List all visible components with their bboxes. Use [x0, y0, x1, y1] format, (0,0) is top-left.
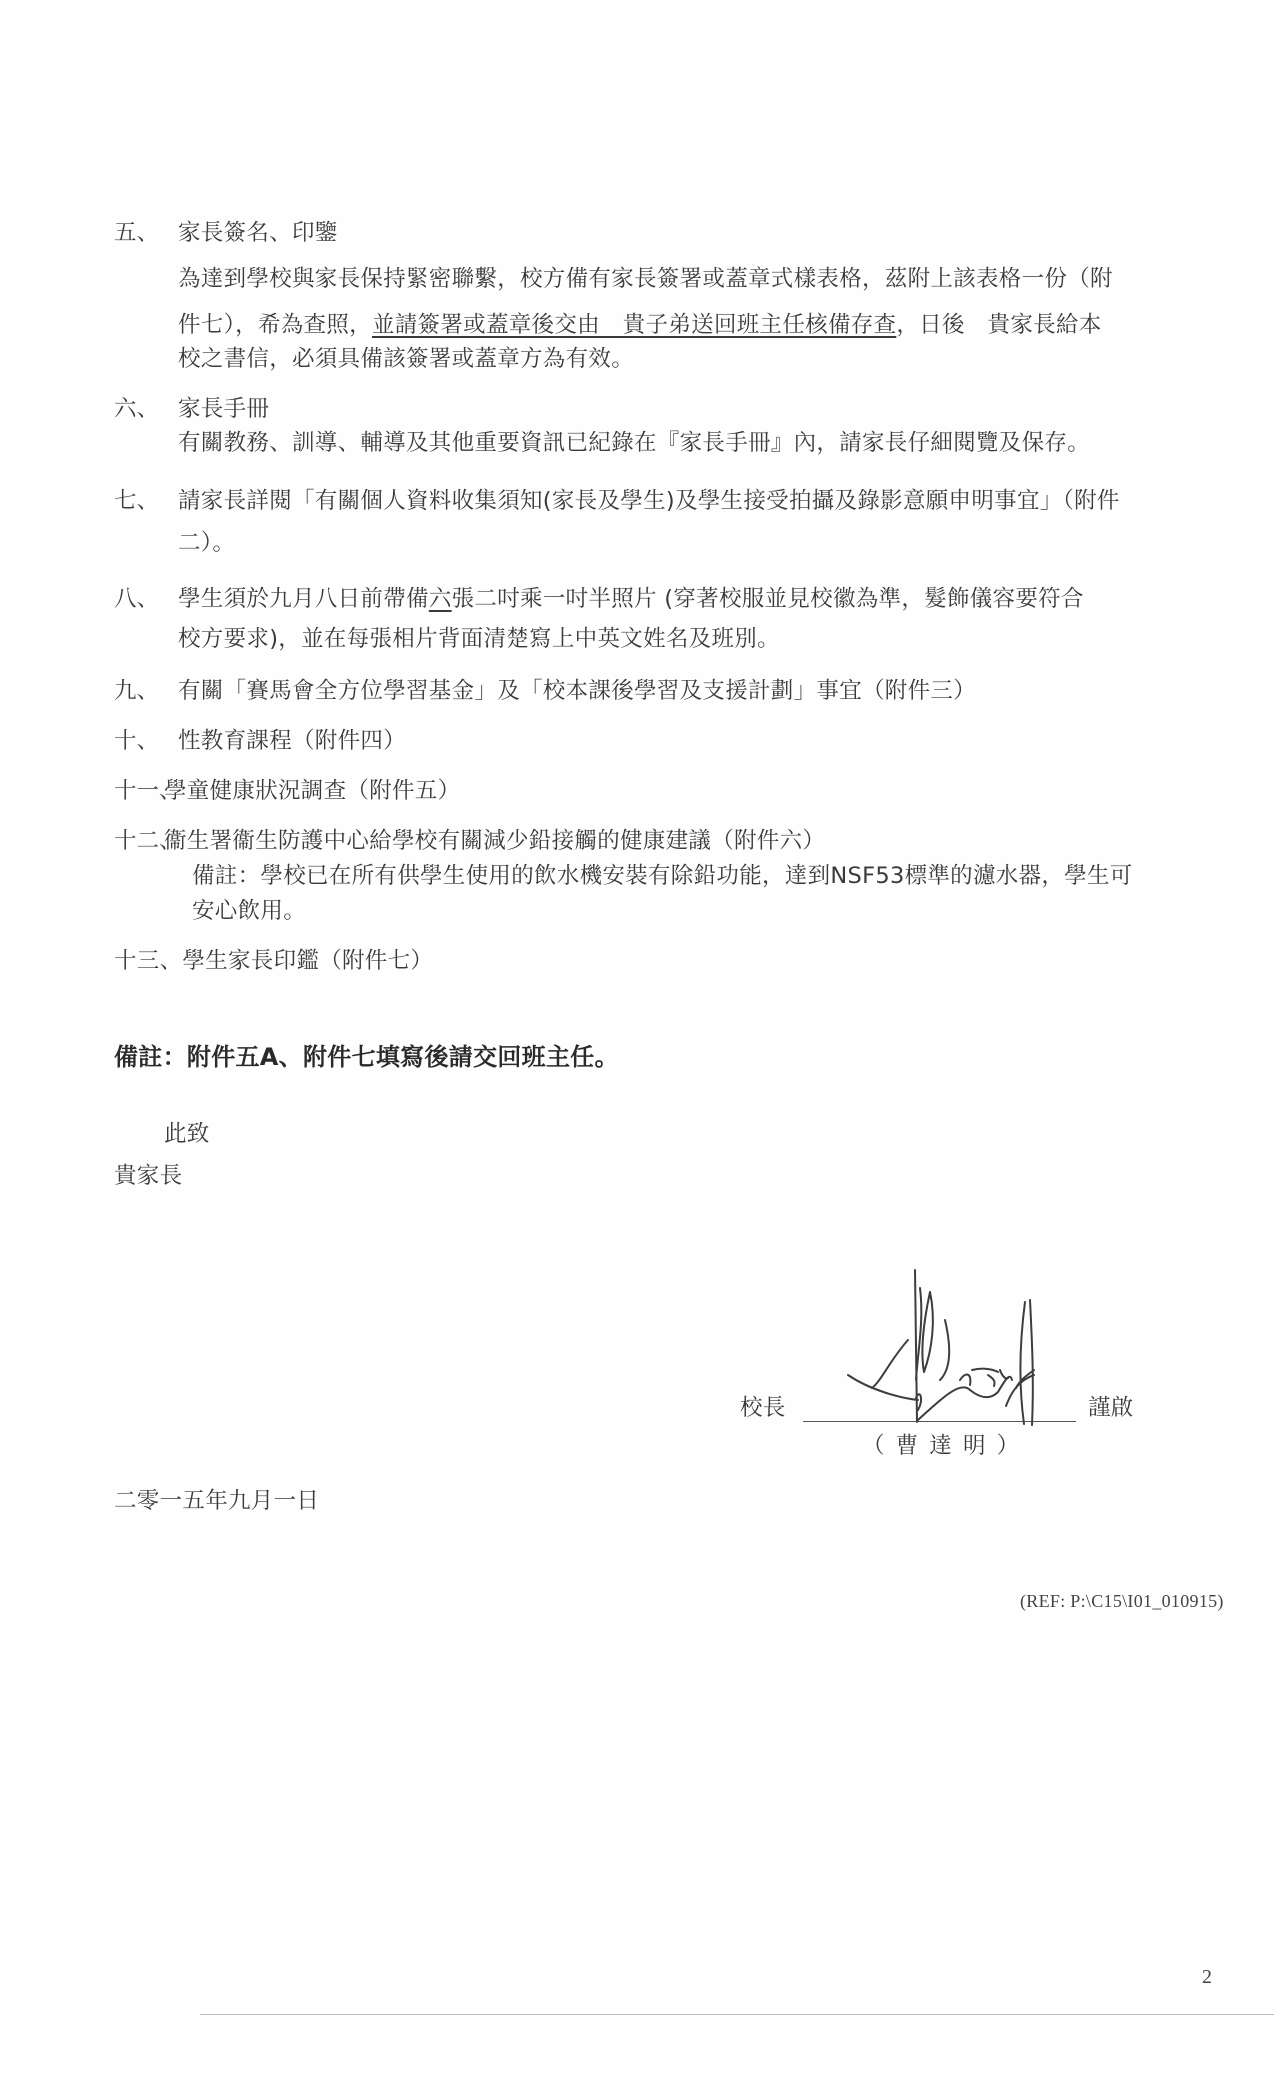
- section-12-title: 衞生署衞生防護中心給學校有關減少鉛接觸的健康建議（附件六）: [164, 826, 825, 856]
- section-7-number: 七、: [114, 486, 159, 516]
- document-page: 五、 家長簽名、印鑒 為達到學校與家長保持緊密聯繫，校方備有家長簽署或蓋章式樣表…: [0, 0, 1274, 2100]
- section-8-number: 八、: [114, 584, 159, 614]
- section-8-body-line-1: 校方要求)，並在每張相片背面清楚寫上中英文姓名及班別。: [178, 624, 780, 654]
- section-10-number: 十、: [114, 726, 159, 756]
- text-run: 安心飲用。: [192, 898, 306, 924]
- section-13-number: 十三、: [114, 948, 182, 974]
- closing-recipient: 貴家長: [114, 1161, 182, 1191]
- text-run: 二）。: [178, 530, 235, 556]
- underlined-instruction: 並請簽署或蓋章後交由 貴子弟送回班主任核備存查: [372, 312, 896, 338]
- section-5-body-line-3: 校之書信，必須具備該簽署或蓋章方為有效。: [178, 344, 634, 374]
- text-run: 備註：學校已在所有供學生使用的飲水機安裝有除鉛功能，達到NSF53標準的濾水器，…: [192, 863, 1133, 889]
- section-7-body-line-1: 二）。: [178, 528, 235, 558]
- section-12-note-line-2: 安心飲用。: [192, 896, 306, 926]
- remark: 備註：附件五A、附件七填寫後請交回班主任。: [114, 1042, 619, 1072]
- section-11-title: 學童健康狀況調查（附件五）: [164, 776, 460, 806]
- section-13: 十三、學生家長印鑑（附件七）: [114, 946, 433, 976]
- text-run: 為達到學校與家長保持緊密聯繫，校方備有家長簽署或蓋章式樣表格，茲附上該表格一份（…: [178, 266, 1113, 292]
- section-6-title: 家長手冊: [178, 394, 269, 424]
- text-run: 有關教務、訓導、輔導及其他重要資訊已紀錄在『家長手冊』內，請家長仔細閱覽及保存。: [178, 430, 1090, 456]
- section-5-title: 家長簽名、印鑒: [178, 218, 338, 248]
- signature-title: 校長: [740, 1393, 786, 1423]
- section-5-number: 五、: [114, 218, 159, 248]
- section-7-title: 請家長詳閱「有關個人資料收集須知(家長及學生)及學生接受拍攝及錄影意願申明事宜」…: [178, 486, 1120, 516]
- underlined-count: 六: [429, 586, 452, 612]
- page-bottom-rule: [200, 2014, 1274, 2015]
- text-run: 件七），希為查照，: [178, 312, 372, 338]
- closing-salutation: 此致: [164, 1119, 210, 1149]
- section-8-title: 學生須於九月八日前帶備六張二吋乘一吋半照片 (穿著校服並見校徽為準，髮飾儀容要符…: [178, 584, 1084, 614]
- text-run: ，日後 貴家長給本: [896, 312, 1101, 338]
- section-6-number: 六、: [114, 394, 159, 424]
- text-run: 校之書信，必須具備該簽署或蓋章方為有效。: [178, 346, 634, 372]
- text-run: 張二吋乘一吋半照片 (穿著校服並見校徽為準，髮飾儀容要符合: [452, 586, 1084, 612]
- section-10-title: 性教育課程（附件四）: [178, 726, 406, 756]
- signature-sign-off: 謹啟: [1088, 1393, 1134, 1423]
- section-12-note-line-1: 備註：學校已在所有供學生使用的飲水機安裝有除鉛功能，達到NSF53標準的濾水器，…: [192, 861, 1133, 891]
- handwritten-signature: [820, 1280, 1060, 1430]
- reference-code: (REF: P:\C15\I01_010915): [1020, 1586, 1224, 1616]
- section-9-number: 九、: [114, 676, 159, 706]
- section-13-title: 學生家長印鑑（附件七）: [182, 948, 433, 974]
- section-5-body-line-1: 為達到學校與家長保持緊密聯繫，校方備有家長簽署或蓋章式樣表格，茲附上該表格一份（…: [178, 264, 1113, 294]
- page-number: 2: [1202, 1962, 1212, 1992]
- text-run: 學生須於九月八日前帶備: [178, 586, 429, 612]
- section-5-body-line-2: 件七），希為查照，並請簽署或蓋章後交由 貴子弟送回班主任核備存查，日後 貴家長給…: [178, 310, 1102, 340]
- section-6-body-line-1: 有關教務、訓導、輔導及其他重要資訊已紀錄在『家長手冊』內，請家長仔細閱覽及保存。: [178, 428, 1090, 458]
- text-run: 校方要求)，並在每張相片背面清楚寫上中英文姓名及班別。: [178, 626, 780, 652]
- section-9-title: 有關「賽馬會全方位學習基金」及「校本課後學習及支援計劃」事宜（附件三）: [178, 676, 976, 706]
- document-date: 二零一五年九月一日: [114, 1486, 319, 1516]
- signatory-name: （ 曹 達 明 ）: [862, 1431, 1021, 1461]
